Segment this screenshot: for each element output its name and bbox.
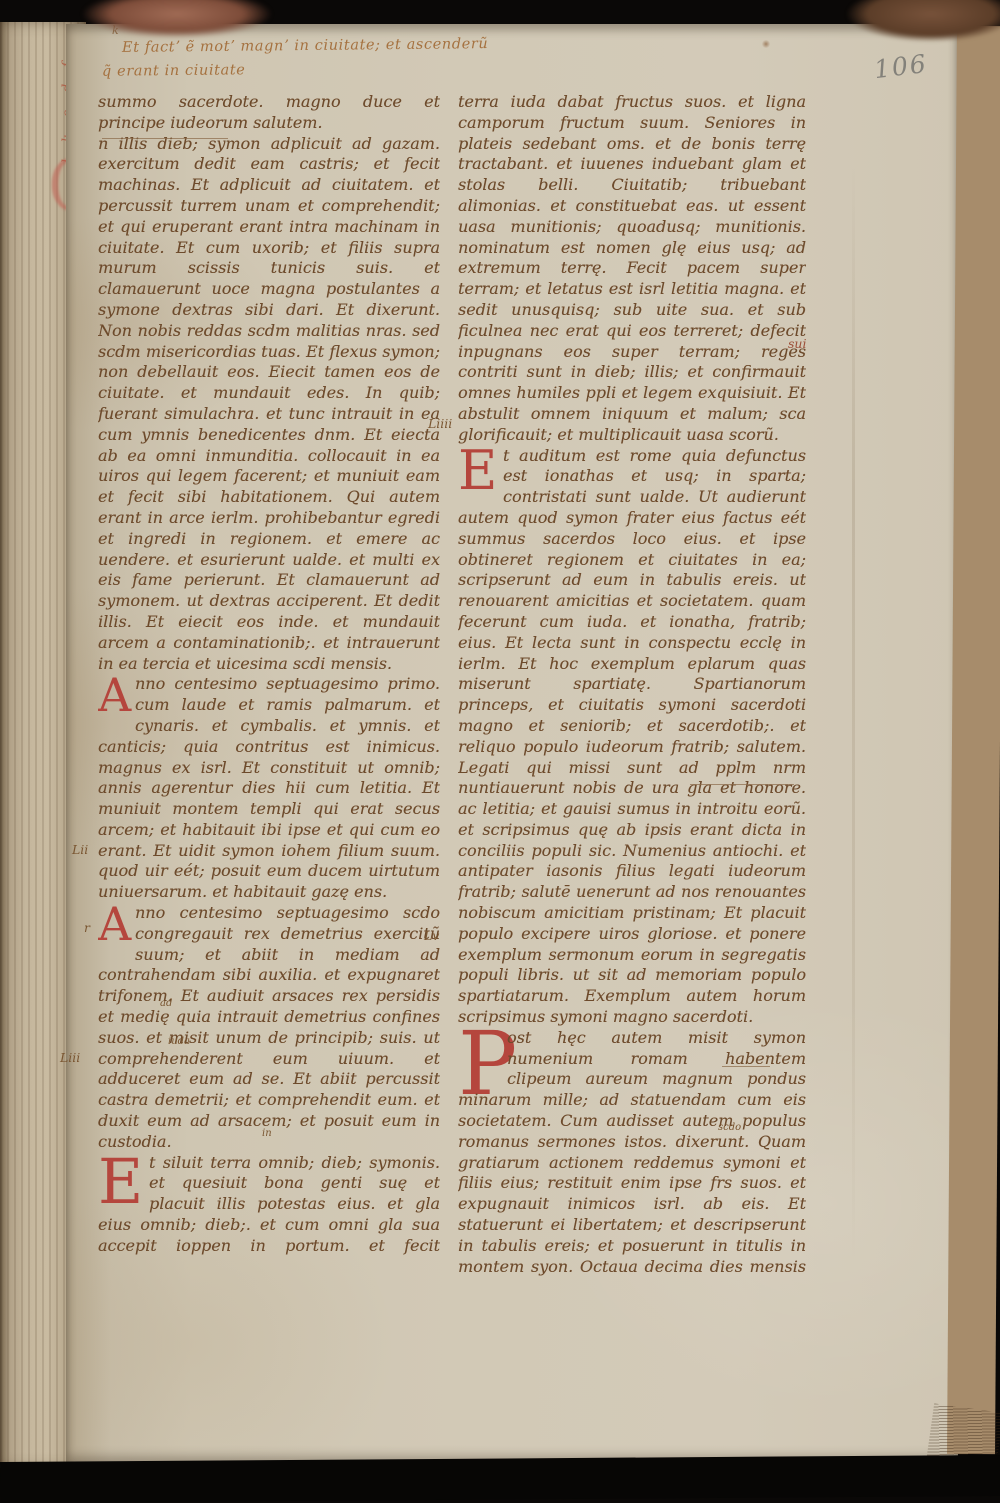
underline-mark (690, 784, 794, 785)
interlinear-gloss-secundo: scdo (718, 1122, 741, 1133)
interlinear-gloss-in: in (262, 1128, 272, 1139)
parchment-page: k Et factʼ ẽ motʼ magnʼ in ciuitate; et… (66, 24, 958, 1464)
running-header-line2: q̃ erant in ciuitate (102, 62, 246, 80)
paragraph-text: summo sacerdote. magno duce et principe … (98, 92, 440, 132)
paragraph-text: terra iuda dabat fructus suos. et ligna … (458, 92, 806, 444)
paragraph: Et siluit terra omnib; dieb; symonis. et… (98, 1153, 440, 1258)
margin-chapter-55: Lv (424, 928, 439, 943)
initial-letter-E: E (98, 1153, 144, 1197)
paragraph-text: t siluit terra omnib; dieb; symonis. et … (98, 1153, 440, 1258)
initial-letter-P: P (458, 1028, 502, 1072)
margin-chapter-52: Lii (72, 842, 88, 857)
interlinear-gloss-ad: ad (160, 998, 172, 1009)
paragraph: Anno centesimo septuagesimo scdo congreg… (98, 903, 440, 1153)
paragraph: Anno centesimo septuagesimo primo. cum l… (98, 674, 440, 903)
running-header-line1: Et factʼ ẽ motʼ magnʼ in ciuitate; et a… (122, 36, 488, 56)
paragraph: Et auditum est rome quia defunctus est i… (458, 446, 806, 1028)
text-column-right: terra iuda dabat fructus suos. et ligna … (458, 92, 806, 1278)
text-column-left: summo sacerdote. magno duce et principe … (98, 92, 440, 1258)
underline-mark (102, 138, 228, 139)
initial-letter-E: E (458, 446, 498, 488)
paragraph-text: n illis dieb; symon adplicuit ad gazam. … (98, 134, 440, 673)
paragraph: In illis dieb; symon adplicuit ad gazam.… (98, 134, 440, 675)
paragraph-text: nno centesimo septuagesimo primo. cum la… (98, 674, 440, 901)
folio-number: 106 (872, 49, 929, 84)
underline-mark (722, 1066, 770, 1067)
manuscript-photo: l k o d ſ O k Et factʼ ẽ motʼ magnʼ in … (0, 0, 1000, 1503)
interlinear-gloss-iuda: iuda (168, 1036, 190, 1047)
paragraph: terra iuda dabat fructus suos. et ligna … (458, 92, 806, 446)
margin-note-r: r (84, 920, 90, 935)
board-corner (846, 0, 1000, 42)
paragraph-text: nno centesimo septuagesimo scdo congrega… (98, 903, 440, 1151)
fore-edge-page-stack (947, 26, 1000, 1454)
margin-chapter-54: Liiii (428, 416, 452, 431)
margin-chapter-53: Liii (60, 1050, 80, 1065)
margin-gloss-sui: sui (788, 336, 806, 351)
paragraph-text: t auditum est rome quia defunctus est io… (458, 446, 806, 1027)
parchment-crease (852, 164, 855, 1264)
paragraph: summo sacerdote. magno duce et principe … (98, 92, 440, 134)
initial-letter-A: A (98, 903, 130, 945)
initial-letter-A: A (98, 674, 130, 716)
background-shadow (0, 1455, 1000, 1503)
